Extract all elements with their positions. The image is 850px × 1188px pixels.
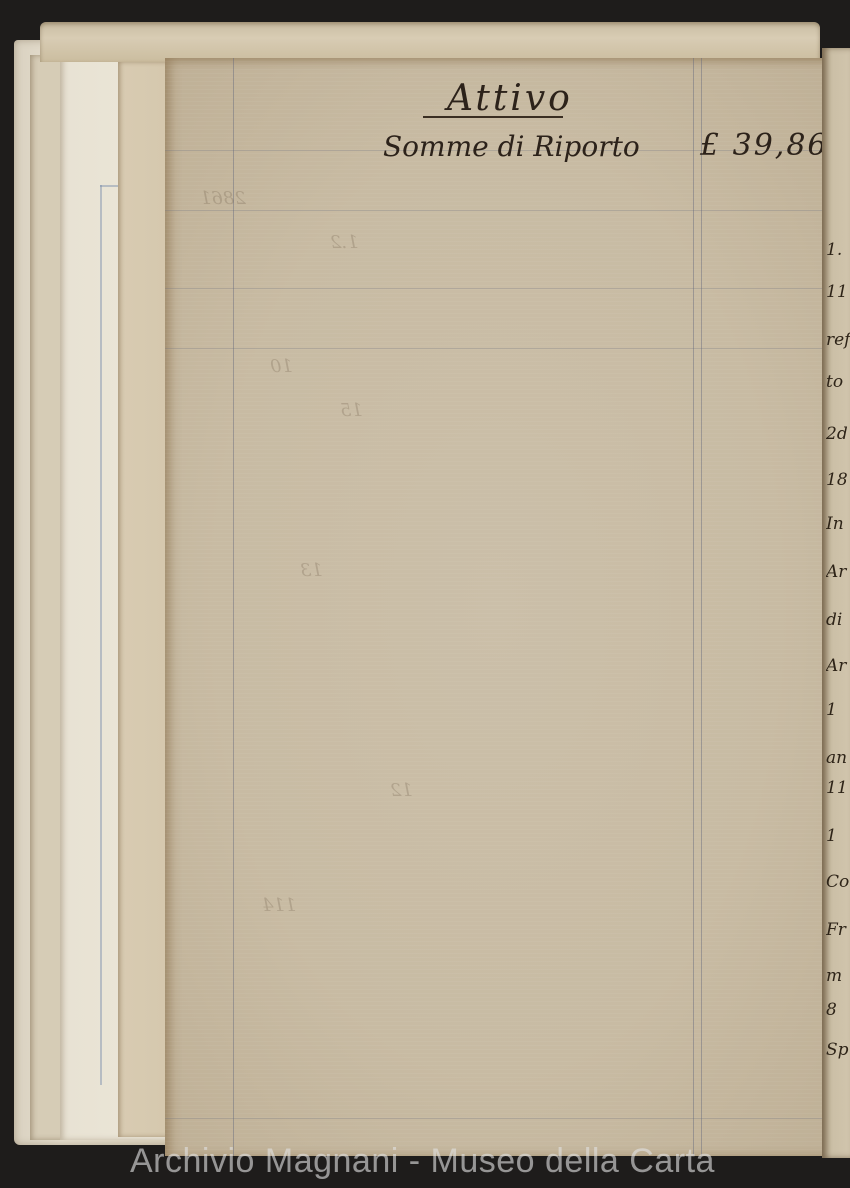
bleed-through-text: 10 [270, 356, 293, 377]
facing-page-fragment: Sp [826, 1040, 850, 1060]
facing-page-fragment: di [826, 610, 850, 630]
bleed-through-text: 2861 [200, 188, 246, 209]
facing-page-fragment: 8 [826, 1000, 850, 1020]
ledger-page [165, 58, 830, 1156]
facing-page-fragment: 2d [826, 424, 850, 444]
facing-page-fragment: ref [826, 330, 850, 350]
bleed-through-text: 1.2 [330, 232, 359, 253]
margin-line [233, 58, 234, 1156]
ledger-title: Attivo [447, 78, 573, 119]
facing-page-fragment: an [826, 748, 850, 768]
facing-page-fragment: Ar [826, 562, 850, 582]
facing-page-fragment: Ar [826, 656, 850, 676]
ruled-line [165, 288, 830, 289]
archive-watermark: Archivio Magnani - Museo della Carta [130, 1142, 715, 1181]
facing-page-fragment: 11 [826, 778, 850, 798]
title-underline [423, 116, 563, 118]
bleed-through-text: 13 [300, 560, 323, 581]
ruled-line [100, 185, 102, 1085]
facing-page-fragment: In [826, 514, 850, 534]
ruled-line [165, 1118, 830, 1119]
column-line [693, 58, 694, 1156]
facing-page-fragment: 1 [826, 700, 850, 720]
facing-page-fragment: Fr [826, 920, 850, 940]
carried-forward-label: Somme di Riporto [383, 130, 640, 163]
bleed-through-text: 114 [262, 895, 296, 916]
facing-page-fragment: m [826, 966, 850, 986]
facing-page-fragment: to [826, 372, 850, 392]
ruled-line [165, 348, 830, 349]
bleed-through-text: 15 [340, 400, 363, 421]
facing-page-edge [822, 48, 850, 1158]
facing-page-fragment: 18 [826, 470, 850, 490]
column-line [701, 58, 702, 1156]
facing-page-fragment: 11 [826, 282, 850, 302]
bleed-through-text: 12 [390, 780, 413, 801]
facing-page-fragment: Co [826, 872, 850, 892]
ruled-line [165, 210, 830, 211]
page-stack-top-edge [40, 22, 820, 62]
facing-page-fragment: 1. [826, 240, 850, 260]
facing-page-fragment: 1 [826, 826, 850, 846]
